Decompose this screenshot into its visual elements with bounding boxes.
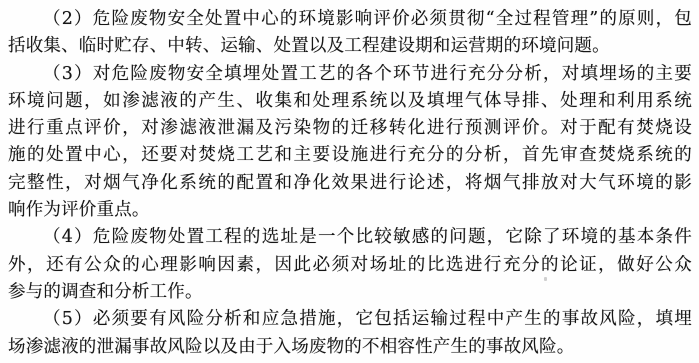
body-text: （2）危险废物安全处置中心的环境影响评价必须贯彻“全过程管理”的原则，包 括收集… <box>8 6 692 361</box>
text-line: 响作为评价重点。 <box>8 197 692 224</box>
text-line: 施的处置中心，还要对焚烧工艺和主要设施进行充分的分析，首先审查焚烧系统的 <box>8 142 692 169</box>
document-page: （2）危险废物安全处置中心的环境影响评价必须贯彻“全过程管理”的原则，包 括收集… <box>0 0 699 363</box>
text-line: 场渗滤液的泄漏事故风险以及由于入场废物的不相容性产生的事故风险。 <box>8 334 692 361</box>
text-line: 完整性，对烟气净化系统的配置和净化效果进行论述，将烟气排放对大气环境的影 <box>8 170 692 197</box>
text-line: （4）危险废物处置工程的选址是一个比较敏感的问题，它除了环境的基本条件 <box>8 224 692 251</box>
text-line: （2）危险废物安全处置中心的环境影响评价必须贯彻“全过程管理”的原则，包 <box>8 6 692 33</box>
text-line: （3）对危险废物安全填埋处置工艺的各个环节进行充分分析，对填埋场的主要 <box>8 61 692 88</box>
text-line: 外，还有公众的心理影响因素，因此必须对场址的比选进行充分的论证，做好公众 <box>8 252 692 279</box>
scan-artifact <box>544 277 547 281</box>
text-line: 括收集、临时贮存、中转、运输、处置以及工程建设期和运营期的环境问题。 <box>8 33 692 60</box>
text-line: （5）必须要有风险分析和应急措施，它包括运输过程中产生的事故风险，填埋 <box>8 306 692 333</box>
text-line: 环境问题，如渗滤液的产生、收集和处理系统以及填埋气体导排、处理和利用系统 <box>8 88 692 115</box>
text-line: 参与的调查和分析工作。 <box>8 279 692 306</box>
text-line: 进行重点评价，对渗滤液泄漏及污染物的迁移转化进行预测评价。对于配有焚烧设 <box>8 115 692 142</box>
